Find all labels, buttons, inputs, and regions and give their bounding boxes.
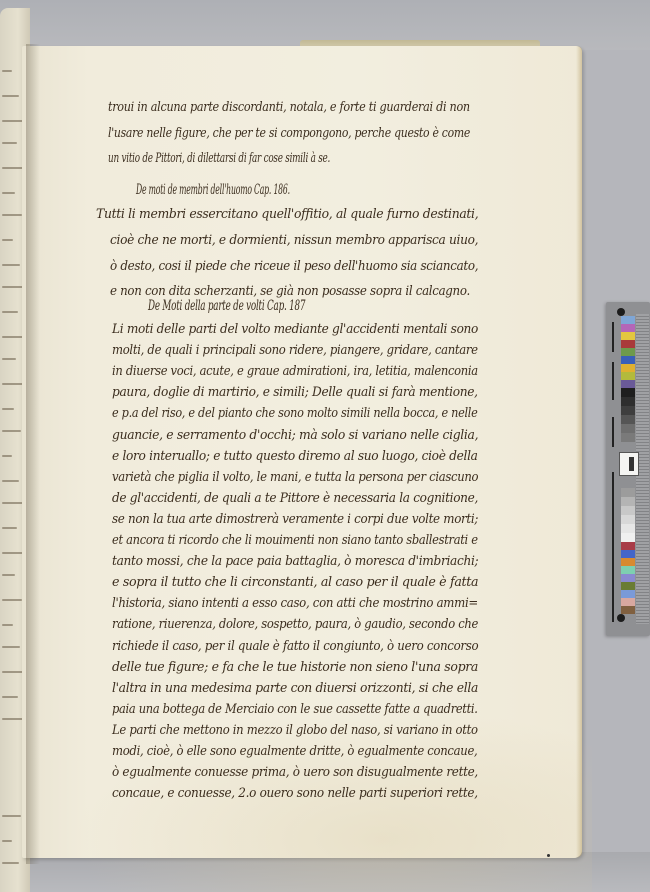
color-swatch xyxy=(621,340,635,348)
card-punch-hole xyxy=(617,308,625,316)
gray-step xyxy=(621,424,635,433)
card-registration-mark xyxy=(612,322,614,352)
gray-step xyxy=(621,415,635,424)
color-swatch xyxy=(621,372,635,380)
card-registration-mark xyxy=(612,362,614,400)
text-line: tanto mossi, che la pace paia battaglia,… xyxy=(112,554,478,569)
text-line: un vitio de Pittori, di dilettarsi di fa… xyxy=(108,151,330,166)
text-line: in diuerse voci, acute, e graue admirati… xyxy=(112,364,478,379)
text-line: e p.a del riso, e del pianto che sono mo… xyxy=(112,406,477,421)
color-swatch xyxy=(621,316,635,324)
color-swatch xyxy=(621,582,635,590)
text-line: varietà che piglia il volto, le mani, e … xyxy=(112,470,478,485)
gray-step xyxy=(621,488,635,497)
gray-step xyxy=(621,533,635,542)
gray-step xyxy=(621,515,635,524)
gray-step xyxy=(621,388,635,397)
text-line: Le parti che mettono in mezzo il globo d… xyxy=(112,723,478,738)
text-line: l'historia, siano intenti a esso caso, c… xyxy=(112,596,478,611)
text-line: l'usare nelle figure, che per te si comp… xyxy=(108,126,470,141)
manuscript-text: troui in alcuna parte discordanti, notal… xyxy=(0,0,650,892)
text-line: richiede il caso, per il quale è fatto i… xyxy=(112,639,478,654)
text-line: l'altra in una medesima parte con diuers… xyxy=(112,681,478,696)
text-line: paia una bottega de Merciaio con le sue … xyxy=(112,702,478,717)
text-line: e sopra il tutto che li circonstanti, al… xyxy=(112,575,478,590)
card-registration-mark xyxy=(612,472,614,622)
text-line: paura, doglie di martirio, e simili; Del… xyxy=(112,385,478,400)
color-calibration-card xyxy=(606,302,650,636)
text-line: delle tue figure; e fa che le tue histor… xyxy=(112,660,478,675)
color-swatch xyxy=(621,574,635,582)
text-line: e loro interuallo; e tutto questo diremo… xyxy=(112,449,478,464)
card-label xyxy=(608,303,648,309)
text-line: Tutti li membri essercitano quell'offiti… xyxy=(96,207,478,222)
color-swatch xyxy=(621,550,635,558)
text-line: se non la tua arte dimostrerà veramente … xyxy=(112,512,478,527)
color-swatch xyxy=(621,332,635,340)
text-line: Li moti delle parti del volto mediante g… xyxy=(112,322,478,337)
text-line: ò egualmente conuesse prima, ò uero son … xyxy=(112,765,478,780)
text-line: et ancora ti ricordo che li mouimenti no… xyxy=(112,533,478,548)
color-swatch xyxy=(621,566,635,574)
color-swatch xyxy=(621,542,635,550)
gray-step xyxy=(621,397,635,406)
color-swatch xyxy=(621,324,635,332)
text-line: ò desto, cosi il piede che riceue il pes… xyxy=(110,259,478,274)
chapter-heading-187: De Moti della parte de volti Cap. 187 xyxy=(148,298,305,314)
text-line: guancie, e serramento d'occhi; mà solo s… xyxy=(112,428,478,443)
text-line: cioè che ne morti, e dormienti, nissun m… xyxy=(110,233,478,248)
text-line: de gl'accidenti, de quali a te Pittore è… xyxy=(112,491,478,506)
color-swatch xyxy=(621,356,635,364)
text-line: troui in alcuna parte discordanti, notal… xyxy=(108,100,470,115)
text-line: ratione, riuerenza, dolore, sospetto, pa… xyxy=(112,617,478,632)
card-registration-mark xyxy=(612,417,614,447)
gray-step xyxy=(621,506,635,515)
color-swatch xyxy=(621,558,635,566)
color-swatch xyxy=(621,606,635,614)
scale-ruler xyxy=(619,452,639,476)
gray-step xyxy=(621,406,635,415)
color-swatch xyxy=(621,364,635,372)
text-line: modi, cioè, ò elle sono egualmente dritt… xyxy=(112,744,477,759)
color-swatch xyxy=(621,590,635,598)
text-line: molti, de quali i principali sono ridere… xyxy=(112,343,478,358)
chapter-heading-186: De moti de membri dell'huomo Cap. 186. xyxy=(136,182,290,198)
text-line: e non con dita scherzanti, se già non po… xyxy=(110,284,470,299)
text-line: concaue, e conuesse, 2.o ouero sono nell… xyxy=(112,786,478,801)
scale-ruler-bar xyxy=(629,457,634,471)
card-punch-hole xyxy=(617,614,625,622)
gray-step xyxy=(621,524,635,533)
gray-step xyxy=(621,497,635,506)
color-swatch xyxy=(621,348,635,356)
color-swatch xyxy=(621,380,635,388)
gray-step xyxy=(621,433,635,442)
color-swatch xyxy=(621,598,635,606)
